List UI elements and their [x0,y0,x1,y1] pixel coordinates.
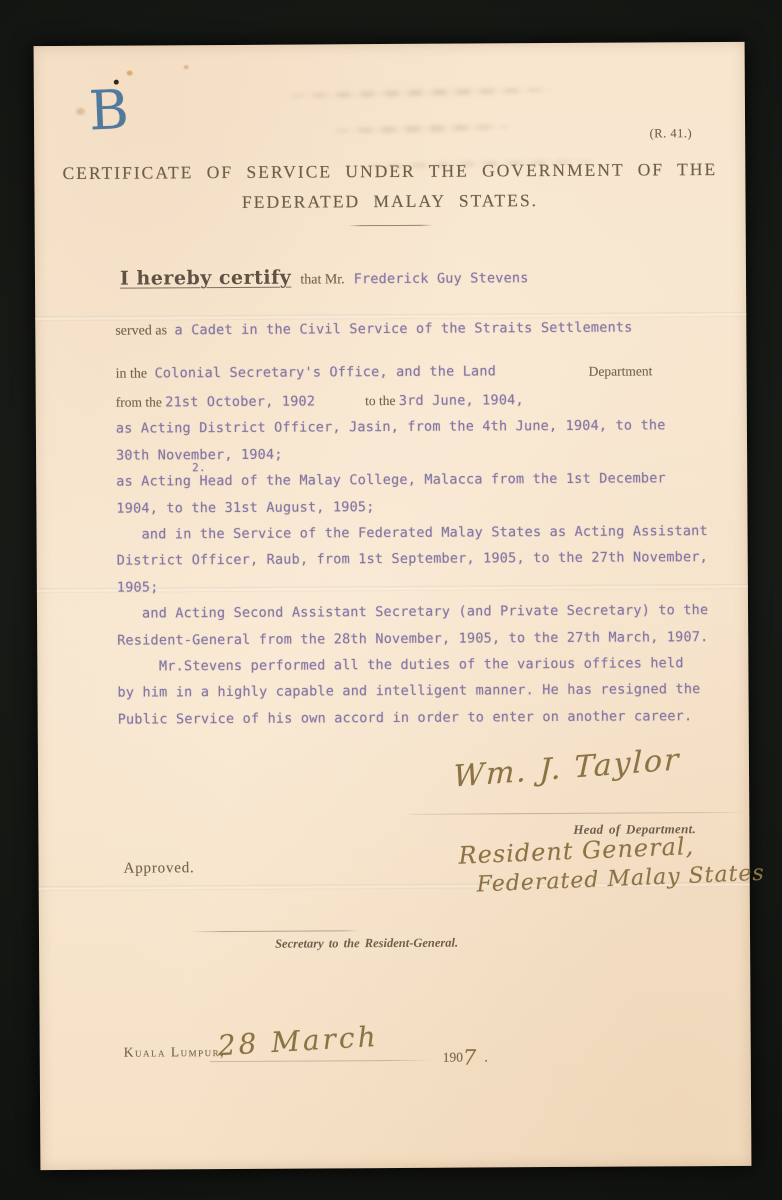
year-handwritten-digit: 7 [463,1045,477,1069]
document-page: B (R. 41.) CERTIFICATE OF SERVICE UNDER … [34,42,752,1170]
service-line: by him in a highly capable and intellige… [117,677,708,707]
handwritten-date: 28 March [217,1020,380,1062]
in-the-line: in the Colonial Secretary's Office, and … [116,362,497,382]
typewritten-text: Resident-General from the 28th November,… [117,629,708,649]
ink-bleedthrough-smudge [289,87,554,99]
title-line-2: FEDERATED MALAY STATES. [34,189,745,214]
certify-that-mr: that Mr. [300,272,344,288]
secretary-caption: Secretary to the Resident-General. [275,936,458,952]
secretary-signature-rule [189,930,359,932]
certify-lead: I hereby certify [120,267,291,290]
ink-bleedthrough-smudge [334,124,509,134]
typewritten-text: 3rd June, 1904, [399,392,524,409]
foxing-spot [127,71,133,76]
scan-background: { "page": { "form_number": "(R. 41.)", "… [0,0,782,1200]
service-line: Public Service of his own accord in orde… [118,703,709,733]
typewritten-text: 1905; [117,579,159,595]
in-the-label: in the [116,366,151,381]
title-line-1: CERTIFICATE OF SERVICE UNDER THE GOVERNM… [34,159,745,184]
printed-form-text: to the [365,393,399,408]
service-line: and in the Service of the Federated Mala… [116,518,707,548]
service-line: from the 21st October, 1902 to the 3rd J… [116,386,707,416]
served-as-label: served as [115,323,170,338]
year-period: . [484,1050,488,1066]
typewritten-text: District Officer, Raub, from 1st Septemb… [117,550,708,570]
service-line: 1904, to the 31st August, 1905; [116,492,707,522]
department-label: Department [589,363,653,379]
typewritten-text: and Acting Second Assistant Secretary (a… [117,602,708,622]
year-group: 190 7 . [443,1042,488,1066]
typewritten-text: and in the Service of the Federated Mala… [117,523,708,543]
office-value: Colonial Secretary's Office, and the Lan… [155,363,497,381]
signature-rule [409,812,746,815]
service-line: 1905; [117,571,708,601]
printed-form-text: from the [116,394,166,409]
service-line: and Acting Second Assistant Secretary (a… [117,597,708,627]
served-as-line: served as a Cadet in the Civil Service o… [115,319,632,340]
service-body: from the 21st October, 1902 to the 3rd J… [116,386,709,733]
typewritten-text: Public Service of his own accord in orde… [118,708,693,728]
year-printed: 190 [443,1050,463,1066]
typewritten-text: by him in a highly capable and intellige… [117,682,700,702]
service-line: Mr.Stevens performed all the duties of t… [117,650,708,680]
place-label: Kuala Lumpur, [124,1044,225,1061]
service-line: District Officer, Raub, from 1st Septemb… [117,545,708,575]
typewritten-text: 2. [192,455,206,481]
service-line: 2.as Acting Head of the Malay College, M… [116,465,707,495]
officer-name: Frederick Guy Stevens [354,270,529,287]
service-line: Resident-General from the 28th November,… [117,624,708,654]
typewritten-text [315,393,365,409]
typewritten-text: 21st October, 1902 [165,393,315,410]
typewritten-text: 1904, to the 31st August, 1905; [116,499,374,517]
service-line: as Acting District Officer, Jasin, from … [116,412,707,442]
typewritten-text: as Acting District Officer, Jasin, from … [116,418,666,437]
certify-line: I hereby certify that Mr. Frederick Guy … [120,265,529,289]
foxing-spot [76,108,85,115]
foxing-spot [184,65,189,69]
served-as-value: a Cadet in the Civil Service of the Stra… [174,320,632,339]
signature-head-of-department: Wm. J. Taylor [453,742,681,794]
typewritten-text: Mr.Stevens performed all the duties of t… [117,655,683,674]
title-rule [348,225,433,227]
form-number: (R. 41.) [650,126,693,141]
approved-label: Approved. [124,860,195,877]
marginal-letter-b: B [88,83,130,139]
